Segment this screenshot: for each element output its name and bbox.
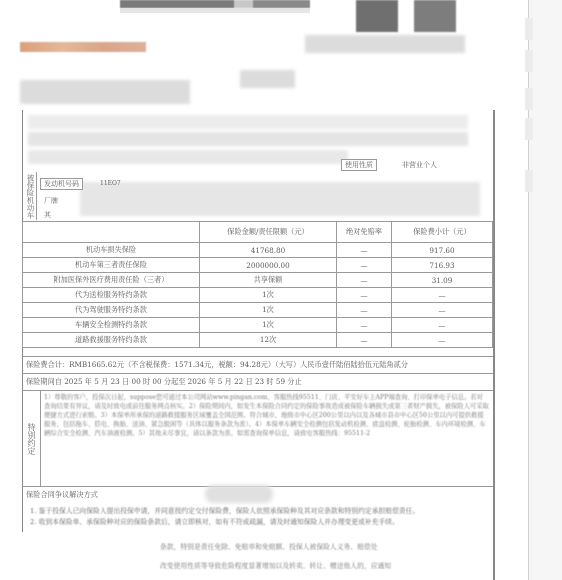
coverage-name: 附加医保外医疗费用责任险（三者） xyxy=(23,273,200,288)
redacted-header-mosaic xyxy=(120,0,310,8)
coverage-name: 机动车损失保险 xyxy=(23,243,200,258)
redacted-header-underline xyxy=(120,8,310,13)
coverage-premium: 716.93 xyxy=(392,258,493,273)
scrollbar-marker[interactable] xyxy=(525,88,533,110)
usage-label: 使用性质 xyxy=(341,160,377,170)
coverage-row: 机动车第三者责任保险2000000.00—716.93 xyxy=(23,258,493,273)
premium-total: 保险费合计：RMB1665.62元（不含税保费：1571.34元，税额：94.2… xyxy=(22,356,493,373)
coverage-deductible: — xyxy=(337,318,392,333)
coverage-header-row: 保险金额/责任限额（元） 绝对免赔率 保险费小计（元） xyxy=(23,222,493,243)
row-prefix: 其 xyxy=(44,210,51,220)
coverage-row: 附加医保外医疗费用责任险（三者）共享保额—31.09 xyxy=(23,273,493,288)
scrollbar-marker[interactable] xyxy=(525,50,533,72)
coverage-row: 代为驾驶服务特约条款1次—— xyxy=(23,303,493,318)
scrollbar-marker[interactable] xyxy=(525,118,533,140)
coverage-deductible: — xyxy=(337,288,392,303)
redacted-dispute-value xyxy=(205,485,273,503)
header-amount: 保险金额/责任限额（元） xyxy=(200,222,337,243)
redacted-policy-number xyxy=(305,35,465,53)
coverage-premium: — xyxy=(392,288,493,303)
redacted-insured-name xyxy=(20,80,190,104)
coverage-premium: — xyxy=(392,318,493,333)
insurer-logo xyxy=(20,42,146,52)
engine-no-value: 11EO7 xyxy=(100,180,121,187)
important-notice: 1. 鉴于投保人已向保险人提出投保申请，并同意按约定交付保险费，保险人依照承保险… xyxy=(30,506,490,528)
coverage-amount: 1次 xyxy=(200,303,337,318)
engine-no-label: 发动机号码 xyxy=(40,179,83,189)
coverage-row: 机动车损失保险41768.80—917.60 xyxy=(23,243,493,258)
coverage-name: 道路救援服务特约条款 xyxy=(23,333,200,348)
redacted-qr-code xyxy=(356,0,398,32)
coverage-premium: 917.60 xyxy=(392,243,493,258)
coverage-premium: — xyxy=(392,333,493,348)
coverage-name: 代为送检服务特约条款 xyxy=(23,288,200,303)
coverage-amount: 共享保额 xyxy=(200,273,337,288)
header-premium: 保险费小计（元） xyxy=(392,222,493,243)
coverage-amount: 12次 xyxy=(200,333,337,348)
dispute-label: 保险合同争议解决方式 xyxy=(26,490,98,499)
redacted-qr-code-2 xyxy=(414,0,456,32)
insurance-period: 保险期间自 2025 年 5 月 23 日 00 时 00 分起至 2026 年… xyxy=(22,373,493,390)
usage-value: 非营业个人 xyxy=(402,160,437,170)
coverage-deductible: — xyxy=(337,273,392,288)
coverage-name: 机动车第三者责任保险 xyxy=(23,258,200,273)
coverage-premium: — xyxy=(392,303,493,318)
notice-item: 2. 收到本保险单、承保险种对应的保险条款后，请立即核对，如有不符或疏漏，请及时… xyxy=(30,517,490,528)
coverage-name: 代为驾驶服务特约条款 xyxy=(23,303,200,318)
coverage-row: 车辆安全检测特约条款1次—— xyxy=(23,318,493,333)
vehicle-section-label: 被保险机动车 xyxy=(22,172,37,220)
coverage-amount: 41768.80 xyxy=(200,243,337,258)
scrollbar-marker[interactable] xyxy=(525,18,533,40)
notice-item: 1. 鉴于投保人已向保险人提出投保申请，并同意按约定交付保险费，保险人依照承保险… xyxy=(30,506,490,517)
redacted-field xyxy=(240,70,295,88)
notice-item: 条款，特别是责任免除、免赔率和免赔额、投保人被保险人义务、赔偿处 xyxy=(160,541,378,551)
redaction-mask xyxy=(0,532,160,580)
special-agreement: 特别约定 1）尊敬的客户，投保次日起，suppose您可通过本公司网站www.p… xyxy=(22,390,493,487)
brand-model-label: 厂牌 xyxy=(44,196,58,206)
coverage-deductible: — xyxy=(337,333,392,348)
coverage-name: 车辆安全检测特约条款 xyxy=(23,318,200,333)
coverage-deductible: — xyxy=(337,258,392,273)
coverage-row: 代为送检服务特约条款1次—— xyxy=(23,288,493,303)
coverage-amount: 1次 xyxy=(200,318,337,333)
scrollbar-marker[interactable] xyxy=(525,170,533,192)
coverage-table: 保险金额/责任限额（元） 绝对免赔率 保险费小计（元） 机动车损失保险41768… xyxy=(22,221,493,348)
vertical-scrollbar[interactable] xyxy=(528,0,562,580)
special-agreement-label: 特别约定 xyxy=(22,391,41,487)
coverage-amount: 2000000.00 xyxy=(200,258,337,273)
coverage-amount: 1次 xyxy=(200,288,337,303)
special-agreement-text: 1）尊敬的客户，投保次日起，suppose您可通过本公司网站www.pingan… xyxy=(44,393,489,438)
header-deductible: 绝对免赔率 xyxy=(337,222,392,243)
notice-item: 改变使用性质等导致危险程度显著增加以及转卖、转让、赠送他人的，应通知 xyxy=(160,560,391,570)
coverage-premium: 31.09 xyxy=(392,273,493,288)
coverage-row: 道路救援服务特约条款12次—— xyxy=(23,333,493,348)
header-coverage xyxy=(23,222,200,243)
coverage-deductible: — xyxy=(337,303,392,318)
coverage-deductible: — xyxy=(337,243,392,258)
